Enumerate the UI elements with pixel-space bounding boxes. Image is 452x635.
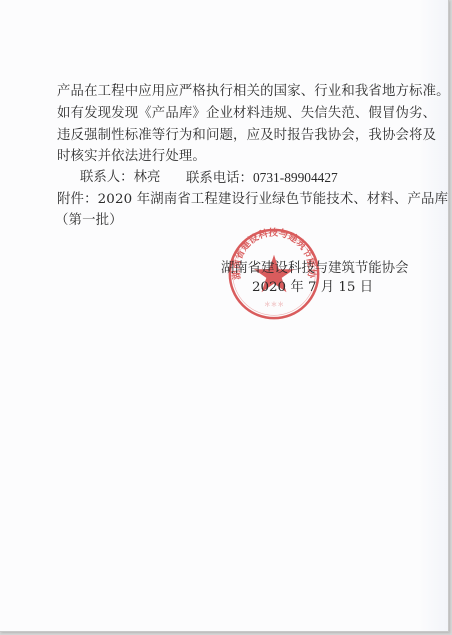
bleed-through-text — [60, 245, 73, 264]
contact-person: 联系人：林亮 — [80, 170, 160, 186]
attachment-line-2: （第一批） — [55, 213, 123, 229]
body-line-4: 时核实并依法进行处理。 — [57, 149, 206, 165]
contact-phone-label: 联系电话： — [186, 171, 253, 186]
svg-text:＊＊＊: ＊＊＊ — [264, 301, 284, 309]
contact-person-label: 联系人： — [80, 170, 134, 185]
contact-phone-number: 0731-89904427 — [253, 170, 338, 185]
contact-person-name: 林亮 — [134, 170, 161, 185]
body-line-3: 违反强制性标准等行为和问题，应及时报告我协会，我协会将及 — [57, 128, 436, 144]
body-line-2: 如有发现发现《产品库》企业材料违规、失信失范、假冒伪劣、 — [57, 106, 436, 122]
signature-organization: 湖南省建设科技与建筑节能协会 — [221, 261, 408, 277]
attachment-line-1: 附件：2020 年湖南省工程建设行业绿色节能技术、材料、产品库 — [57, 192, 448, 208]
body-line-1: 产品在工程中应用应严格执行相关的国家、行业和我省地方标准。 — [57, 84, 450, 100]
contact-phone: 联系电话：0731-89904427 — [186, 170, 338, 187]
document-page: 产品在工程中应用应严格执行相关的国家、行业和我省地方标准。 如有发现发现《产品库… — [0, 0, 449, 632]
signature-date: 2020 年 7 月 15 日 — [252, 280, 373, 296]
